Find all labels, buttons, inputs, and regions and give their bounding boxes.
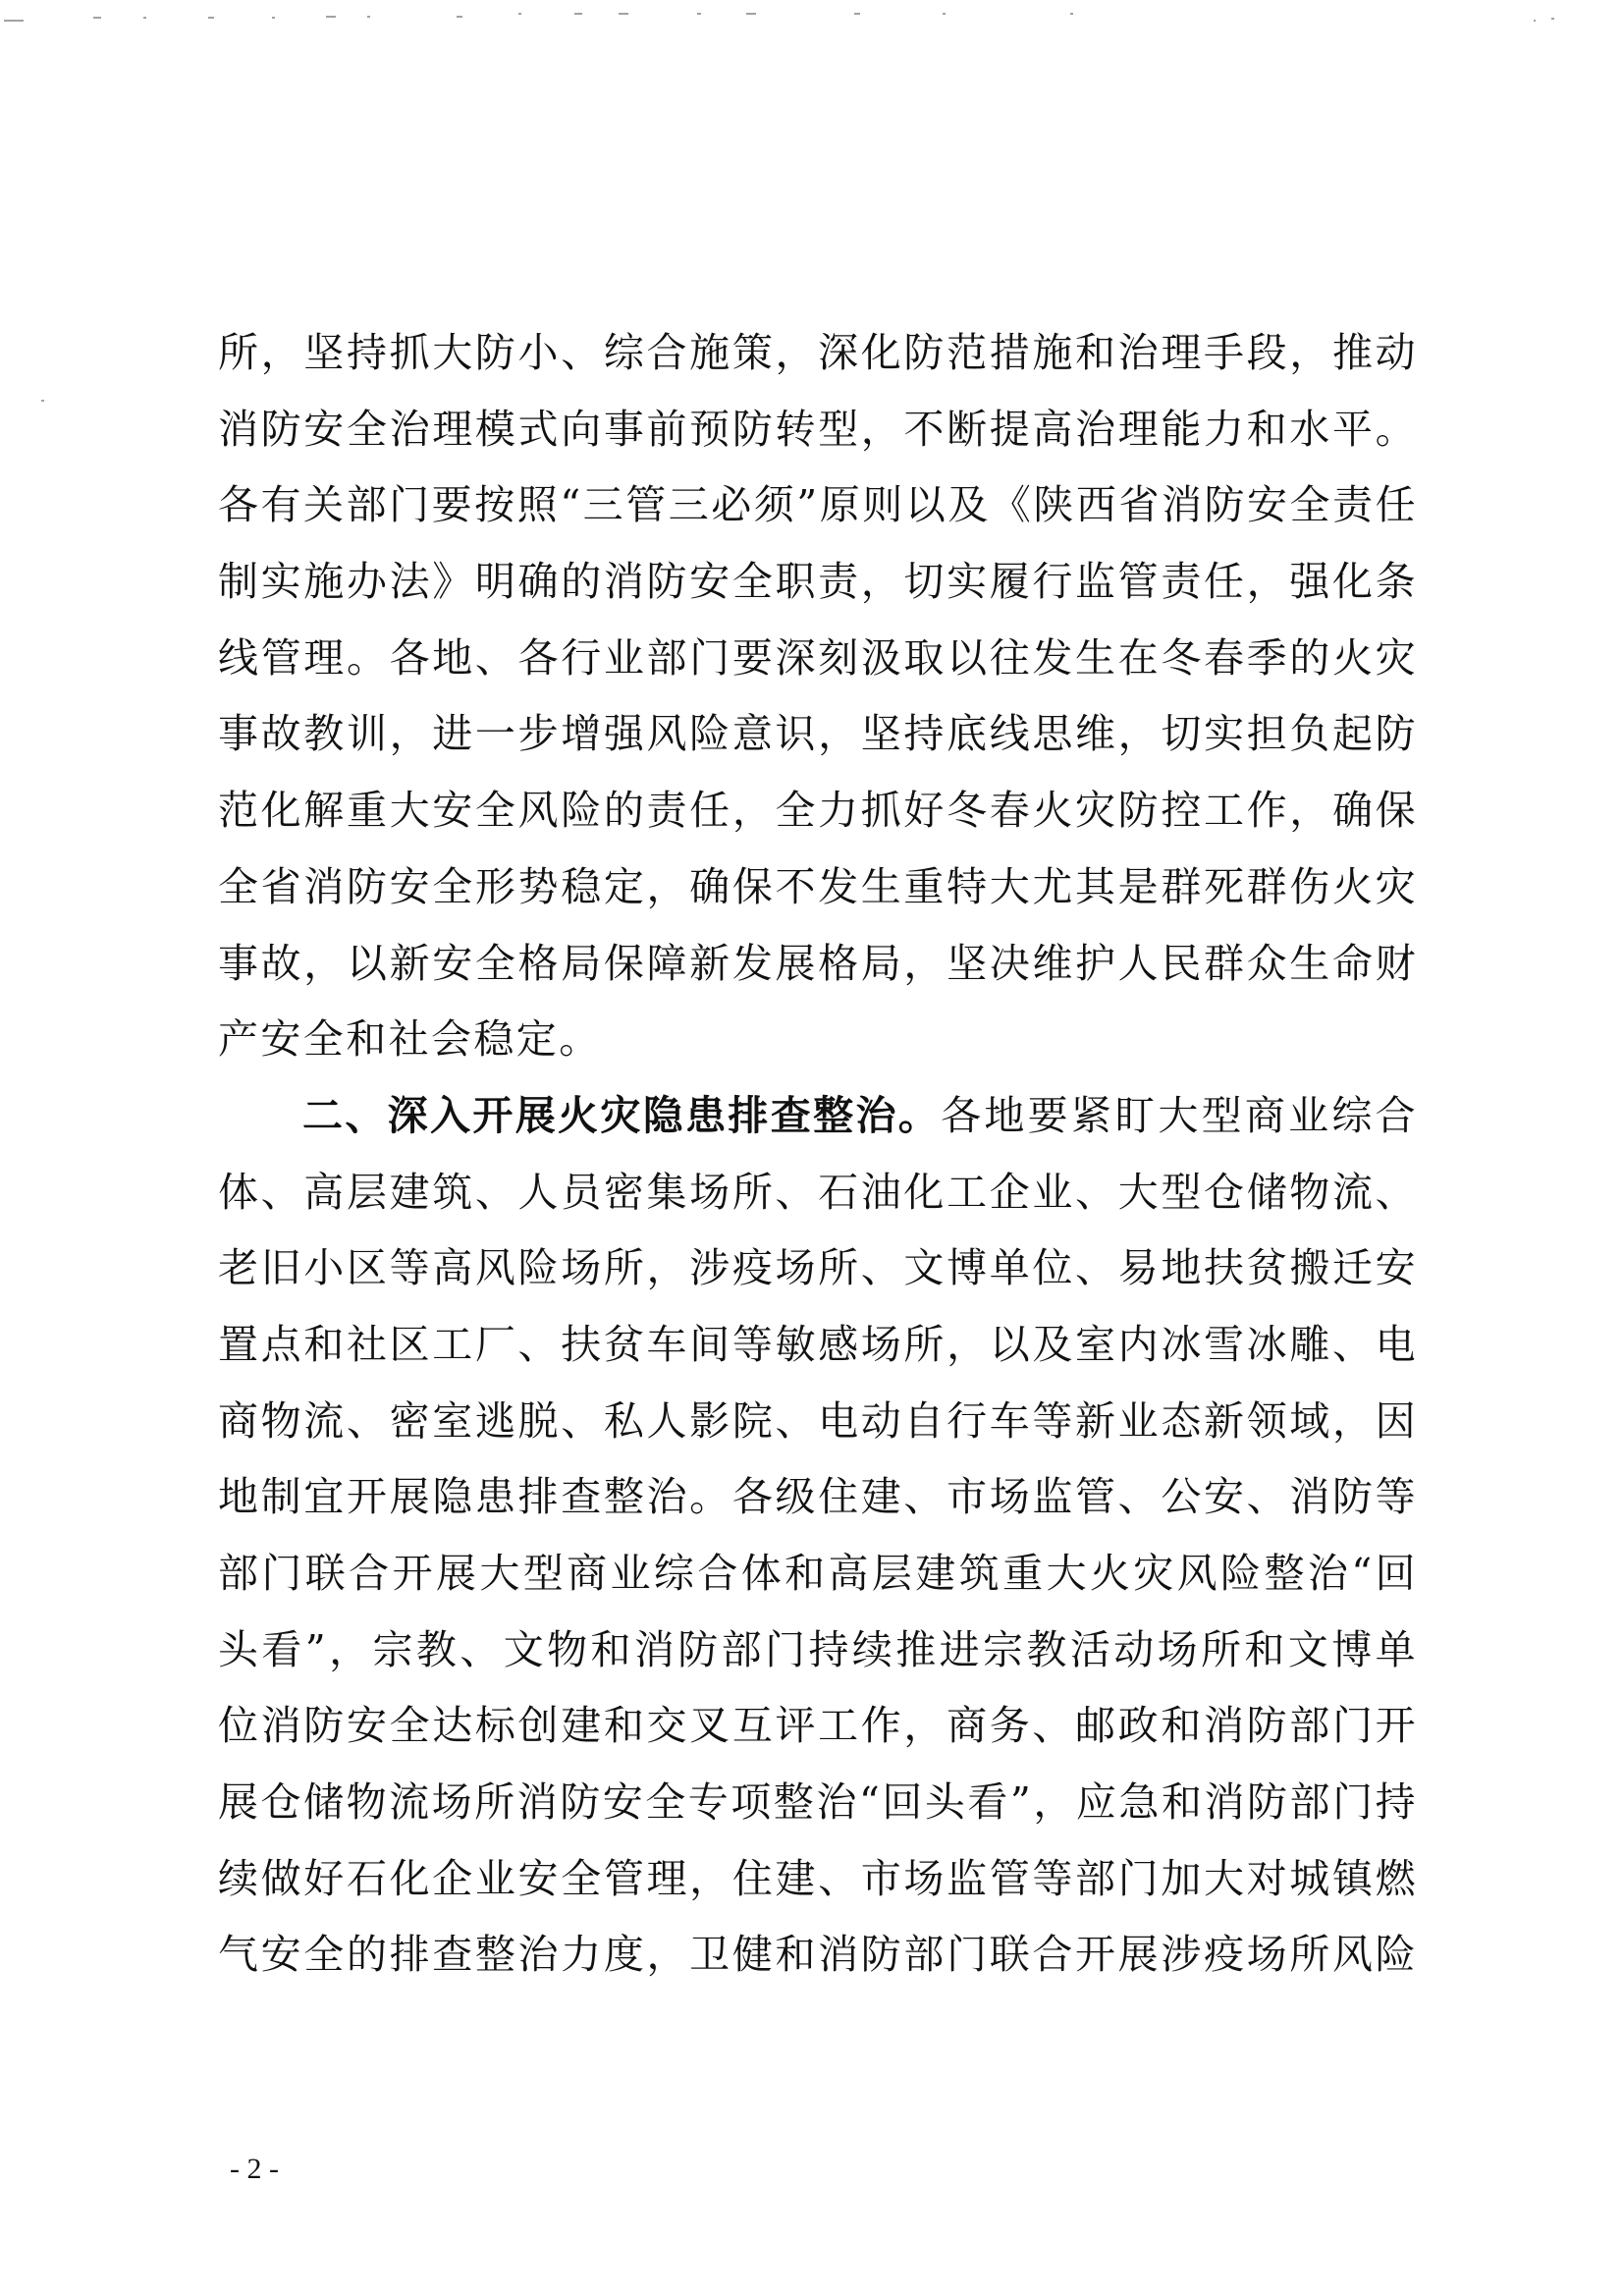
scan-speck <box>619 13 628 15</box>
text-line: 展仓储物流场所消防安全专项整治“回头看”，应急和消防部门持 <box>218 1777 1418 1853</box>
text-line: 事故，以新安全格局保障新发展格局，坚决维护人民群众生命财 <box>218 938 1418 1014</box>
document-page: 所，坚持抓大防小、综合施策，深化防范措施和治理手段，推动 消防安全治理模式向事前… <box>0 0 1623 2296</box>
scan-speck <box>272 17 275 19</box>
heading-line-text: 各地要紧盯大型商业综合 <box>941 1092 1418 1139</box>
text-line: 各有关部门要按照“三管三必须”原则以及《陕西省消防安全责任 <box>218 479 1418 556</box>
scan-artifact-strip <box>0 0 1623 29</box>
document-body: 所，坚持抓大防小、综合施策，深化防范措施和治理手段，推动 消防安全治理模式向事前… <box>218 327 1418 2005</box>
text-line: 全省消防安全形势稳定，确保不发生重特大尤其是群死群伤火灾 <box>218 861 1418 938</box>
paragraph-section-two: 二、深入开展火灾隐患排查整治。各地要紧盯大型商业综合 体、高层建筑、人员密集场所… <box>218 1090 1418 2005</box>
scan-speck <box>697 13 701 15</box>
scan-speck <box>1534 20 1536 22</box>
scan-speck <box>574 13 582 15</box>
scan-speck <box>4 20 24 22</box>
text-line: 产安全和社会稳定。 <box>218 1013 1418 1090</box>
text-line: 续做好石化企业安全管理，住建、市场监管等部门加大对城镇燃 <box>218 1853 1418 1930</box>
section-heading: 二、深入开展火灾隐患排查整治。 <box>302 1092 941 1139</box>
text-line: 商物流、密室逃脱、私人影院、电动自行车等新业态新领域，因 <box>218 1395 1418 1472</box>
scan-speck <box>457 16 462 18</box>
scan-speck <box>854 13 860 15</box>
text-line: 位消防安全达标创建和交叉互评工作，商务、邮政和消防部门开 <box>218 1700 1418 1777</box>
text-line: 事故教训，进一步增强风险意识，坚持底线思维，切实担负起防 <box>218 708 1418 785</box>
text-line: 制实施办法》明确的消防安全职责，切实履行监管责任，强化条 <box>218 556 1418 632</box>
scan-speck <box>746 13 756 15</box>
text-line: 体、高层建筑、人员密集场所、石油化工企业、大型仓储物流、 <box>218 1167 1418 1243</box>
text-line: 所，坚持抓大防小、综合施策，深化防范措施和治理手段，推动 <box>218 327 1418 404</box>
text-line: 头看”，宗教、文物和消防部门持续推进宗教活动场所和文博单 <box>218 1624 1418 1701</box>
scan-speck <box>1070 13 1073 15</box>
section-heading-line: 二、深入开展火灾隐患排查整治。各地要紧盯大型商业综合 <box>218 1090 1418 1167</box>
text-line: 部门联合开展大型商业综合体和高层建筑重大火灾风险整治“回 <box>218 1548 1418 1624</box>
scan-speck <box>326 16 336 18</box>
scan-speck <box>943 13 946 15</box>
text-line: 消防安全治理模式向事前预防转型，不断提高治理能力和水平。 <box>218 404 1418 480</box>
scan-speck <box>367 16 370 18</box>
scan-speck <box>93 17 101 19</box>
text-line: 范化解重大安全风险的责任，全力抓好冬春火灾防控工作，确保 <box>218 785 1418 861</box>
text-line: 置点和社区工厂、扶贫车间等敏感场所，以及室内冰雪冰雕、电 <box>218 1319 1418 1395</box>
text-line: 线管理。各地、各行业部门要深刻汲取以往发生在冬春季的火灾 <box>218 632 1418 709</box>
text-line: 气安全的排查整治力度，卫健和消防部门联合开展涉疫场所风险 <box>218 1929 1418 2005</box>
page-number: - 2 - <box>230 2153 279 2186</box>
scan-speck <box>208 17 214 19</box>
scan-speck <box>518 13 521 15</box>
paragraph-continuation: 所，坚持抓大防小、综合施策，深化防范措施和治理手段，推动 消防安全治理模式向事前… <box>218 327 1418 1090</box>
text-line: 地制宜开展隐患排查整治。各级住建、市场监管、公安、消防等 <box>218 1471 1418 1548</box>
text-line: 老旧小区等高风险场所，涉疫场所、文博单位、易地扶贫搬迁安 <box>218 1242 1418 1319</box>
scan-speck <box>41 400 44 402</box>
scan-speck <box>1551 18 1554 20</box>
scan-speck <box>143 17 146 19</box>
